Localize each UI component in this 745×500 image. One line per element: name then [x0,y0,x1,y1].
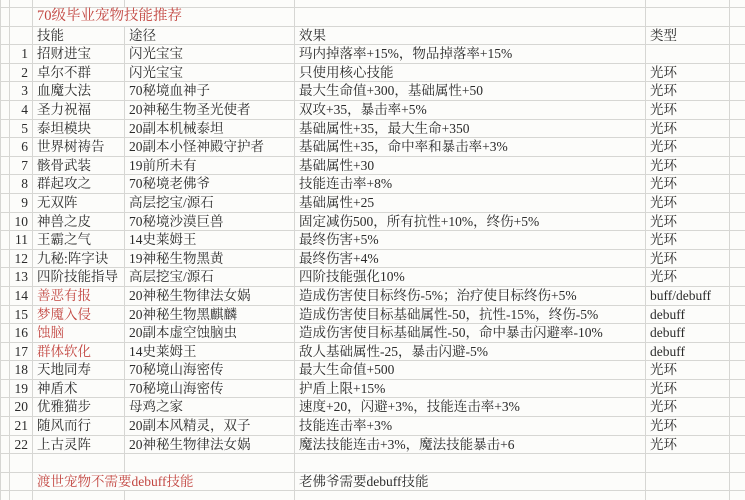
row-number[interactable]: 17 [10,343,33,362]
cell-type[interactable]: debuff [646,306,730,325]
cell-effect[interactable]: 敌人基础属性-25，暴击闪避-5% [295,343,646,362]
edge-cell [730,268,745,287]
gutter-cell [0,175,10,194]
cell-skill[interactable]: 天地同寿 [33,361,125,380]
edge-cell [730,491,745,500]
cell-route[interactable]: 闪光宝宝 [125,64,295,83]
row-number[interactable]: 7 [10,157,33,176]
edge-cell [730,45,745,64]
row-number[interactable]: 13 [10,268,33,287]
cell-effect[interactable]: 固定减伤500，所有抗性+10%，终伤+5% [295,213,646,232]
cell-route[interactable]: 20副本小怪神殿守护者 [125,138,295,157]
cell-effect[interactable]: 最大生命值+500 [295,361,646,380]
gutter-cell [0,27,10,46]
table-body: 1招财进宝闪光宝宝玛内掉落率+15%，物品掉落率+15%2卓尔不群闪光宝宝只使用… [0,45,745,454]
table-row: 17群体软化14史莱姆王敌人基础属性-25，暴击闪避-5%debuff [0,343,745,362]
cell-skill[interactable]: 血魔大法 [33,82,125,101]
cell-skill[interactable]: 骸骨武装 [33,157,125,176]
table-row: 10神兽之皮70秘境沙漠巨兽固定减伤500，所有抗性+10%，终伤+5%光环 [0,213,745,232]
cell-type[interactable]: 光环 [646,101,730,120]
cell-skill[interactable]: 善恶有报 [33,287,125,306]
edge-cell [730,417,745,436]
cell-skill[interactable]: 无双阵 [33,194,125,213]
cell-route[interactable]: 闪光宝宝 [125,45,295,64]
row-number[interactable]: 21 [10,417,33,436]
cell-effect[interactable]: 只使用核心技能 [295,64,646,83]
cell-route[interactable]: 20副本机械泰坦 [125,120,295,139]
empty-cell[interactable] [10,491,33,500]
gutter-cell [0,306,10,325]
empty-cell[interactable] [646,454,730,473]
cell-skill[interactable]: 世界树祷告 [33,138,125,157]
cell-effect[interactable]: 护盾上限+15% [295,380,646,399]
gutter-cell [0,380,10,399]
row-number[interactable]: 6 [10,138,33,157]
cell-type[interactable]: 光环 [646,398,730,417]
empty-cell[interactable] [10,0,33,8]
cell-type[interactable]: debuff [646,324,730,343]
empty-cell[interactable] [295,491,646,500]
edge-cell [730,436,745,455]
cell-route[interactable]: 高层挖宝/源石 [125,194,295,213]
cell-effect[interactable]: 造成伤害使目标基础属性-50，抗性-15%，终伤-5% [295,306,646,325]
cell-skill[interactable]: 神盾术 [33,380,125,399]
table-row: 15梦魇入侵20神秘生物黑麒麟造成伤害使目标基础属性-50，抗性-15%，终伤-… [0,306,745,325]
table-row: 21随风而行20副本风精灵，双子技能连击率+3%光环 [0,417,745,436]
empty-cell[interactable] [646,473,730,492]
spreadsheet-grid: 70级毕业宠物技能推荐 技能 途径 效果 类型 1招财进宝闪光宝宝玛内掉落率+1… [0,0,745,500]
gutter-cell [0,194,10,213]
cell-type[interactable]: 光环 [646,213,730,232]
cell-effect[interactable]: 最终伤害+5% [295,231,646,250]
gutter-cell [0,82,10,101]
footer-note-row: 渡世宠物不需要debuff技能 老佛爷需要debuff技能 [0,473,745,492]
empty-cell[interactable] [125,491,295,500]
cell-skill[interactable]: 招财进宝 [33,45,125,64]
edge-cell [730,27,745,46]
table-row: 6世界树祷告20副本小怪神殿守护者基础属性+35，命中率和暴击率+3%光环 [0,138,745,157]
edge-cell [730,175,745,194]
edge-cell [730,250,745,269]
cell-type[interactable]: 光环 [646,268,730,287]
gutter-cell [0,324,10,343]
edge-cell [730,120,745,139]
edge-cell [730,213,745,232]
edge-cell [730,380,745,399]
cell-route[interactable]: 20神秘生物黑麒麟 [125,306,295,325]
gutter-cell [0,491,10,500]
table-row: 19神盾术70秘境山海密传护盾上限+15%光环 [0,380,745,399]
empty-cell[interactable] [10,8,33,27]
table-row: 2卓尔不群闪光宝宝只使用核心技能光环 [0,64,745,83]
row-number[interactable]: 9 [10,194,33,213]
gutter-cell [0,417,10,436]
cell-effect[interactable]: 技能连击率+8% [295,175,646,194]
edge-cell [730,343,745,362]
row-number[interactable]: 22 [10,436,33,455]
cell-type[interactable]: 光环 [646,250,730,269]
edge-cell [730,138,745,157]
column-header-route[interactable]: 途径 [125,27,295,46]
gutter-cell [0,8,10,27]
gutter-cell [0,398,10,417]
cell-effect[interactable]: 四阶技能强化10% [295,268,646,287]
gutter-cell [0,45,10,64]
column-header-skill[interactable]: 技能 [33,27,125,46]
cell-skill[interactable]: 泰坦模块 [33,120,125,139]
cell-type[interactable]: 光环 [646,361,730,380]
table-row: 9无双阵高层挖宝/源石基础属性+25光环 [0,194,745,213]
row-number[interactable]: 18 [10,361,33,380]
row-number[interactable]: 14 [10,287,33,306]
cell-effect[interactable]: 双攻+35，暴击率+5% [295,101,646,120]
gutter-cell [0,250,10,269]
cell-skill[interactable]: 蚀脑 [33,324,125,343]
gutter-cell [0,343,10,362]
edge-cell [730,287,745,306]
cell-effect[interactable]: 玛内掉落率+15%，物品掉落率+15% [295,45,646,64]
cell-effect[interactable]: 造成伤害使目标终伤-5%；治疗使目标终伤+5% [295,287,646,306]
gutter-cell [0,436,10,455]
cell-skill[interactable]: 随风而行 [33,417,125,436]
edge-cell [730,101,745,120]
table-row: 7骸骨武装19前所未有基础属性+30光环 [0,157,745,176]
cell-type[interactable]: 光环 [646,138,730,157]
cell-route[interactable]: 14史莱姆王 [125,231,295,250]
cell-skill[interactable]: 卓尔不群 [33,64,125,83]
cell-route[interactable]: 母鸡之家 [125,398,295,417]
cell-effect[interactable]: 基础属性+35，命中率和暴击率+3% [295,138,646,157]
edge-cell [730,454,745,473]
gutter-cell [0,101,10,120]
table-row: 14善恶有报20神秘生物律法女娲造成伤害使目标终伤-5%；治疗使目标终伤+5%b… [0,287,745,306]
gutter-cell [0,120,10,139]
empty-cell[interactable] [295,8,646,27]
cell-type[interactable]: 光环 [646,194,730,213]
edge-cell [730,398,745,417]
cell-skill[interactable]: 群起攻之 [33,175,125,194]
gutter-cell [0,138,10,157]
empty-cell[interactable] [10,473,33,492]
edge-cell [730,157,745,176]
sheet-title[interactable]: 70级毕业宠物技能推荐 [33,8,295,27]
cell-skill[interactable]: 神兽之皮 [33,213,125,232]
cell-type[interactable]: 光环 [646,82,730,101]
cell-skill[interactable]: 四阶技能指导 [33,268,125,287]
cell-skill[interactable]: 优雅猫步 [33,398,125,417]
table-row: 11王霸之气14史莱姆王最终伤害+5%光环 [0,231,745,250]
row-number[interactable]: 20 [10,398,33,417]
cell-effect[interactable]: 基础属性+35，最大生命+350 [295,120,646,139]
cell-type[interactable]: 光环 [646,175,730,194]
row-number[interactable]: 15 [10,306,33,325]
partial-bottom-row [0,491,745,500]
edge-cell [730,306,745,325]
cell-route[interactable]: 20神秘生物律法女娲 [125,436,295,455]
cell-effect[interactable]: 技能连击率+3% [295,417,646,436]
row-number[interactable]: 16 [10,324,33,343]
cell-skill[interactable]: 上古灵阵 [33,436,125,455]
table-row: 4圣力祝福20神秘生物圣光使者双攻+35，暴击率+5%光环 [0,101,745,120]
row-number[interactable]: 5 [10,120,33,139]
table-row: 5泰坦模块20副本机械泰坦基础属性+35，最大生命+350光环 [0,120,745,139]
table-row: 8群起攻之70秘境老佛爷技能连击率+8%光环 [0,175,745,194]
row-number[interactable]: 19 [10,380,33,399]
cell-type[interactable]: 光环 [646,64,730,83]
empty-cell[interactable] [646,8,730,27]
cell-route[interactable]: 20神秘生物律法女娲 [125,287,295,306]
row-number[interactable]: 10 [10,213,33,232]
gutter-cell [0,454,10,473]
cell-effect[interactable]: 最终伤害+4% [295,250,646,269]
edge-cell [730,8,745,27]
cell-skill[interactable]: 群体软化 [33,343,125,362]
cell-skill[interactable]: 九秘:阵字诀 [33,250,125,269]
cell-route[interactable]: 70秘境血神子 [125,82,295,101]
footer-effect-note[interactable]: 老佛爷需要debuff技能 [295,473,646,492]
gutter-cell [0,361,10,380]
empty-cell[interactable] [10,454,33,473]
cell-route[interactable]: 14史莱姆王 [125,343,295,362]
row-number[interactable]: 2 [10,64,33,83]
edge-cell [730,0,745,8]
table-row: 13四阶技能指导高层挖宝/源石四阶技能强化10%光环 [0,268,745,287]
edge-cell [730,473,745,492]
column-header-effect[interactable]: 效果 [295,27,646,46]
cell-effect[interactable]: 速度+20，闪避+3%，技能连击率+3% [295,398,646,417]
row-number[interactable]: 1 [10,45,33,64]
cell-type[interactable] [646,45,730,64]
cell-skill[interactable]: 圣力祝福 [33,101,125,120]
cell-skill[interactable]: 梦魇入侵 [33,306,125,325]
table-row: 20优雅猫步母鸡之家速度+20，闪避+3%，技能连击率+3%光环 [0,398,745,417]
table-row: 1招财进宝闪光宝宝玛内掉落率+15%，物品掉落率+15% [0,45,745,64]
gutter-cell [0,213,10,232]
title-row: 70级毕业宠物技能推荐 [0,8,745,27]
cell-effect[interactable]: 造成伤害使目标基础属性-50，命中暴击闪避率-10% [295,324,646,343]
empty-cell[interactable] [33,491,125,500]
gutter-cell [0,64,10,83]
cell-effect[interactable]: 魔法技能连击+3%，魔法技能暴击+6 [295,436,646,455]
partial-top-row [0,0,745,8]
empty-cell[interactable] [10,27,33,46]
edge-cell [730,361,745,380]
header-row: 技能 途径 效果 类型 [0,27,745,46]
cell-effect[interactable]: 基础属性+25 [295,194,646,213]
cell-route[interactable]: 70秘境山海密传 [125,361,295,380]
cell-route[interactable]: 高层挖宝/源石 [125,268,295,287]
gutter-cell [0,287,10,306]
cell-type[interactable]: 光环 [646,231,730,250]
row-number[interactable]: 3 [10,82,33,101]
empty-cell[interactable] [33,454,125,473]
gutter-cell [0,231,10,250]
column-header-type[interactable]: 类型 [646,27,730,46]
cell-route[interactable]: 70秘境老佛爷 [125,175,295,194]
cell-skill[interactable]: 王霸之气 [33,231,125,250]
table-row: 22上古灵阵20神秘生物律法女娲魔法技能连击+3%，魔法技能暴击+6光环 [0,436,745,455]
cell-type[interactable]: 光环 [646,157,730,176]
cell-type[interactable]: 光环 [646,120,730,139]
row-number[interactable]: 8 [10,175,33,194]
cell-route[interactable]: 70秘境沙漠巨兽 [125,213,295,232]
empty-cell[interactable] [125,454,295,473]
cell-route[interactable]: 19前所未有 [125,157,295,176]
empty-cell[interactable] [646,0,730,8]
table-row: 12九秘:阵字诀19神秘生物黑黄最终伤害+4%光环 [0,250,745,269]
gutter-cell [0,268,10,287]
cell-type[interactable]: 光环 [646,417,730,436]
footer-note[interactable]: 渡世宠物不需要debuff技能 [33,473,295,492]
edge-cell [730,64,745,83]
cell-effect[interactable]: 基础属性+30 [295,157,646,176]
empty-cell[interactable] [295,0,646,8]
table-row: 16蚀脑20副本虚空蚀脑虫造成伤害使目标基础属性-50，命中暴击闪避率-10%d… [0,324,745,343]
cell-route[interactable]: 19神秘生物黑黄 [125,250,295,269]
row-number[interactable]: 4 [10,101,33,120]
edge-cell [730,194,745,213]
gutter-cell [0,473,10,492]
empty-cell[interactable] [33,0,125,8]
cell-type[interactable]: 光环 [646,436,730,455]
edge-cell [730,231,745,250]
cell-route[interactable]: 20神秘生物圣光使者 [125,101,295,120]
cell-route[interactable]: 20副本风精灵，双子 [125,417,295,436]
table-row: 3血魔大法70秘境血神子最大生命值+300，基础属性+50光环 [0,82,745,101]
empty-cell[interactable] [295,454,646,473]
cell-type[interactable]: debuff [646,343,730,362]
cell-type[interactable]: 光环 [646,380,730,399]
gutter-cell [0,0,10,8]
empty-cell[interactable] [125,0,295,8]
empty-cell[interactable] [646,491,730,500]
edge-cell [730,82,745,101]
row-number[interactable]: 11 [10,231,33,250]
cell-route[interactable]: 20副本虚空蚀脑虫 [125,324,295,343]
empty-row [0,454,745,473]
edge-cell [730,324,745,343]
table-row: 18天地同寿70秘境山海密传最大生命值+500光环 [0,361,745,380]
gutter-cell [0,157,10,176]
cell-route[interactable]: 70秘境山海密传 [125,380,295,399]
cell-effect[interactable]: 最大生命值+300，基础属性+50 [295,82,646,101]
row-number[interactable]: 12 [10,250,33,269]
cell-type[interactable]: buff/debuff [646,287,730,306]
